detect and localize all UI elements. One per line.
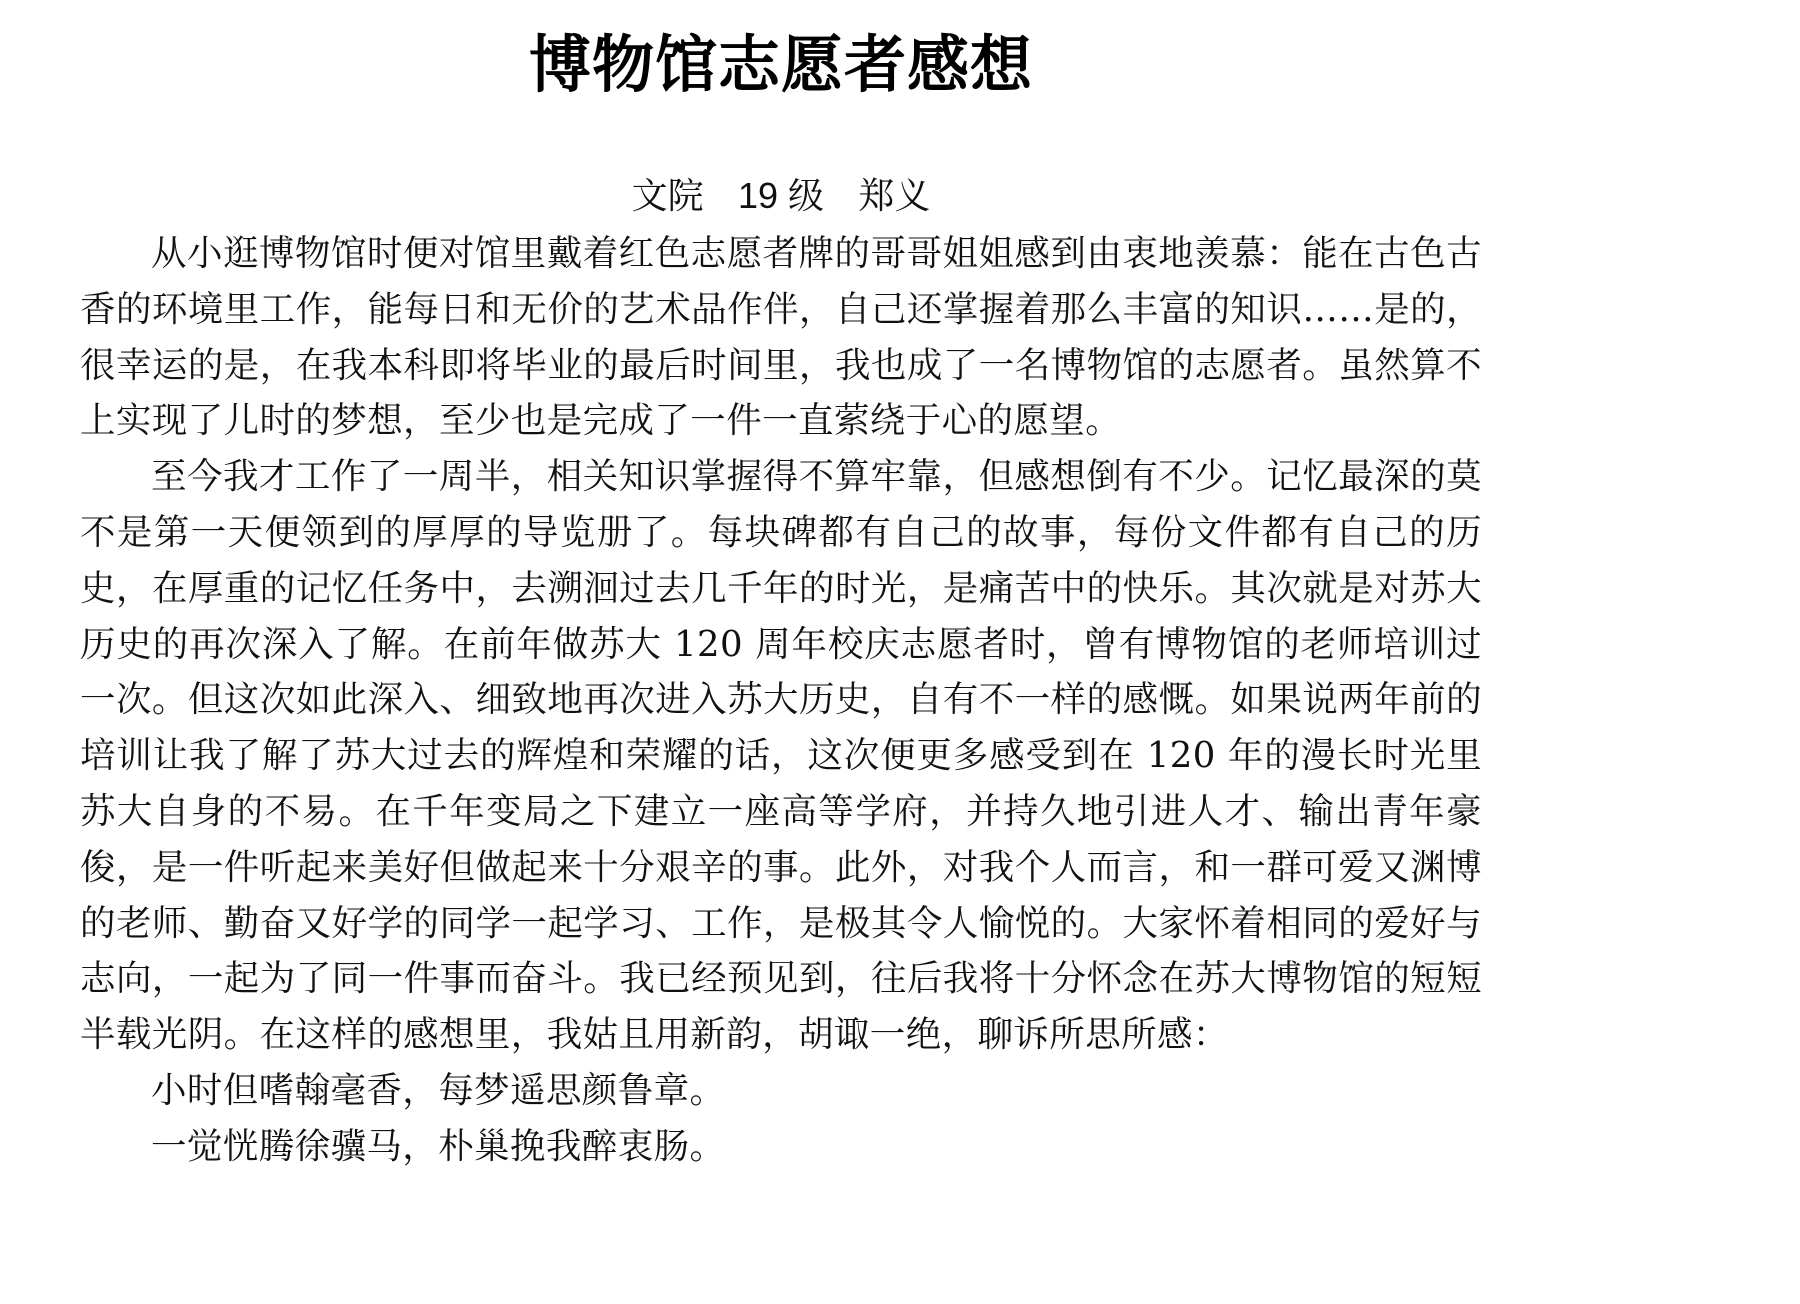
document-page: 博物馆志愿者感想 文院 19 级 郑义 从小逛博物馆时便对馆里戴着红色志愿者牌的… [80, 0, 1482, 1175]
byline-author: 郑义 [858, 176, 930, 217]
poem-line-1: 小时但嗜翰毫香，每梦遥思颜鲁章。 [80, 1063, 1482, 1119]
paragraph-1: 从小逛博物馆时便对馆里戴着红色志愿者牌的哥哥姐姐感到由衷地羡慕：能在古色古香的环… [80, 226, 1482, 449]
byline-grade: 19 级 [738, 175, 824, 216]
byline-department: 文院 [632, 176, 704, 217]
paragraph-2: 至今我才工作了一周半，相关知识掌握得不算牢靠，但感想倒有不少。记忆最深的莫不是第… [80, 449, 1482, 1063]
document-title: 博物馆志愿者感想 [80, 0, 1482, 108]
document-body: 从小逛博物馆时便对馆里戴着红色志愿者牌的哥哥姐姐感到由衷地羡慕：能在古色古香的环… [80, 226, 1482, 1175]
poem-line-2: 一觉恍腾徐骥马，朴巢挽我醉衷肠。 [80, 1119, 1482, 1175]
author-byline: 文院 19 级 郑义 [80, 174, 1482, 218]
